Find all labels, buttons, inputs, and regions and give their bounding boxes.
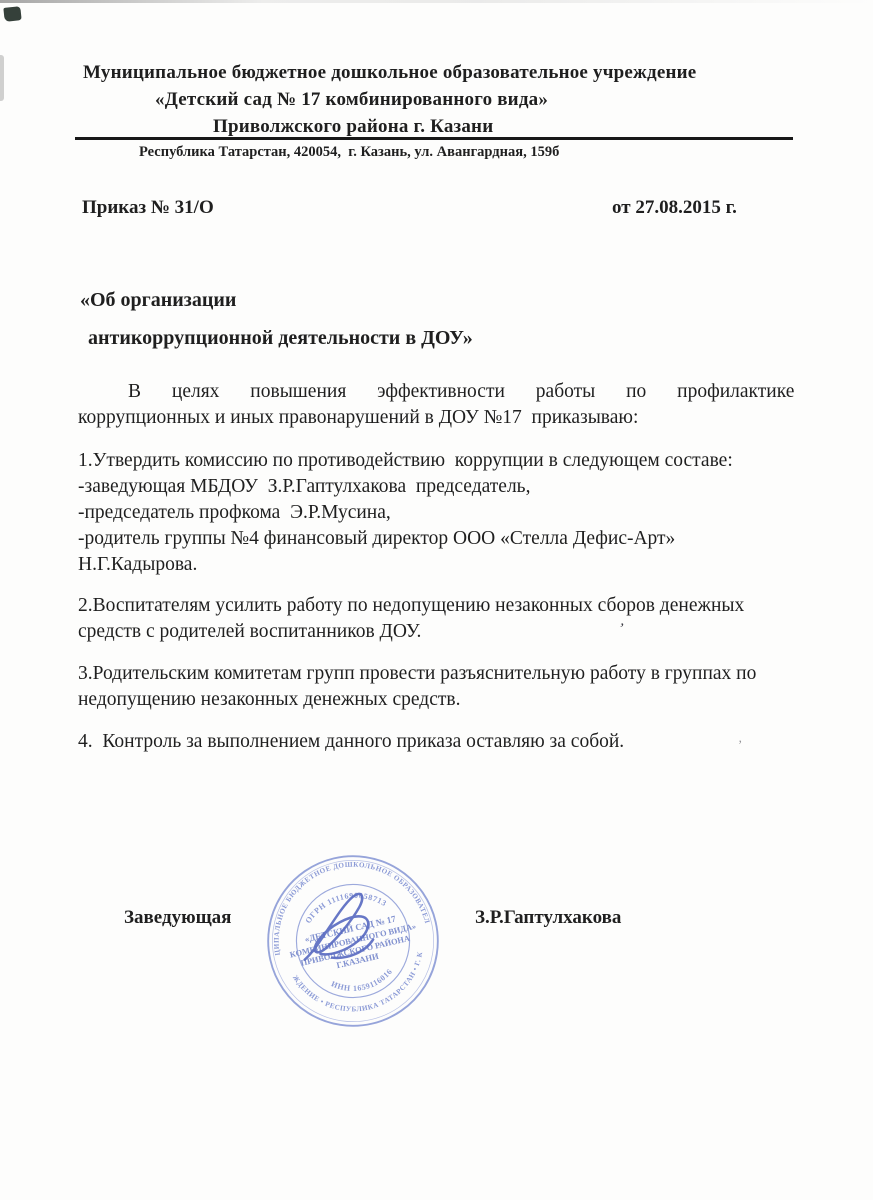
scanned-document-page: Муниципальное бюджетное дошкольное образ… [0,0,873,1200]
scan-corner-blob-artifact [3,6,21,22]
signature-title: Заведующая [124,907,231,929]
order-subject-line-1: «Об организации [80,289,236,312]
body-item1-line-1: 1.Утвердить комиссию по противодействию … [78,450,733,472]
stray-ink-mark: ’ [738,738,742,753]
body-intro-line-2: коррупционных и иных правонарушений в ДО… [78,407,638,429]
body-item1-line-3: -председатель профкома Э.Р.Мусина, [78,502,391,524]
signature-name: З.Р.Гаптулхакова [475,907,621,929]
body-item3-line-1: 3.Родительским комитетам групп провести … [78,663,756,685]
scan-edge-artifact [0,0,873,3]
letterhead-divider [75,137,793,140]
order-subject-line-2: антикоррупционной деятельности в ДОУ» [88,327,473,350]
svg-text:ИНН 1659116016: ИНН 1659116016 [328,966,397,999]
scan-left-edge-artifact [0,55,4,101]
body-item1-line-2: -заведующая МБДОУ З.Р.Гаптулхакова предс… [78,476,530,498]
org-name-line-3: Приволжского района г. Казани [213,116,493,138]
order-number: Приказ № 31/О [82,197,214,219]
org-name-line-2: «Детский сад № 17 комбинированного вида» [155,89,548,111]
order-date: от 27.08.2015 г. [612,197,737,219]
body-intro-line-1: В целях повышения эффективности работы п… [128,381,794,403]
body-item3-line-2: недопущению незаконных денежных средств. [78,689,460,711]
official-stamp: МУНИЦИПАЛЬНОЕ БЮДЖЕТНОЕ ДОШКОЛЬНОЕ ОБРАЗ… [246,834,459,1047]
body-item1-line-4: -родитель группы №4 финансовый директор … [78,528,675,550]
stamp-inn-text: ИНН 1659116016 [328,966,397,999]
body-item4-line-1: 4. Контроль за выполнением данного прика… [78,731,624,753]
body-item2-line-2: средств с родителей воспитанников ДОУ. [78,621,421,643]
org-address: Республика Татарстан, 420054, г. Казань,… [139,144,559,161]
body-item1-line-5: Н.Г.Кадырова. [78,554,197,576]
org-name-line-1: Муниципальное бюджетное дошкольное образ… [83,62,696,84]
body-item2-line-1: 2.Воспитателям усилить работу по недопущ… [78,595,744,617]
